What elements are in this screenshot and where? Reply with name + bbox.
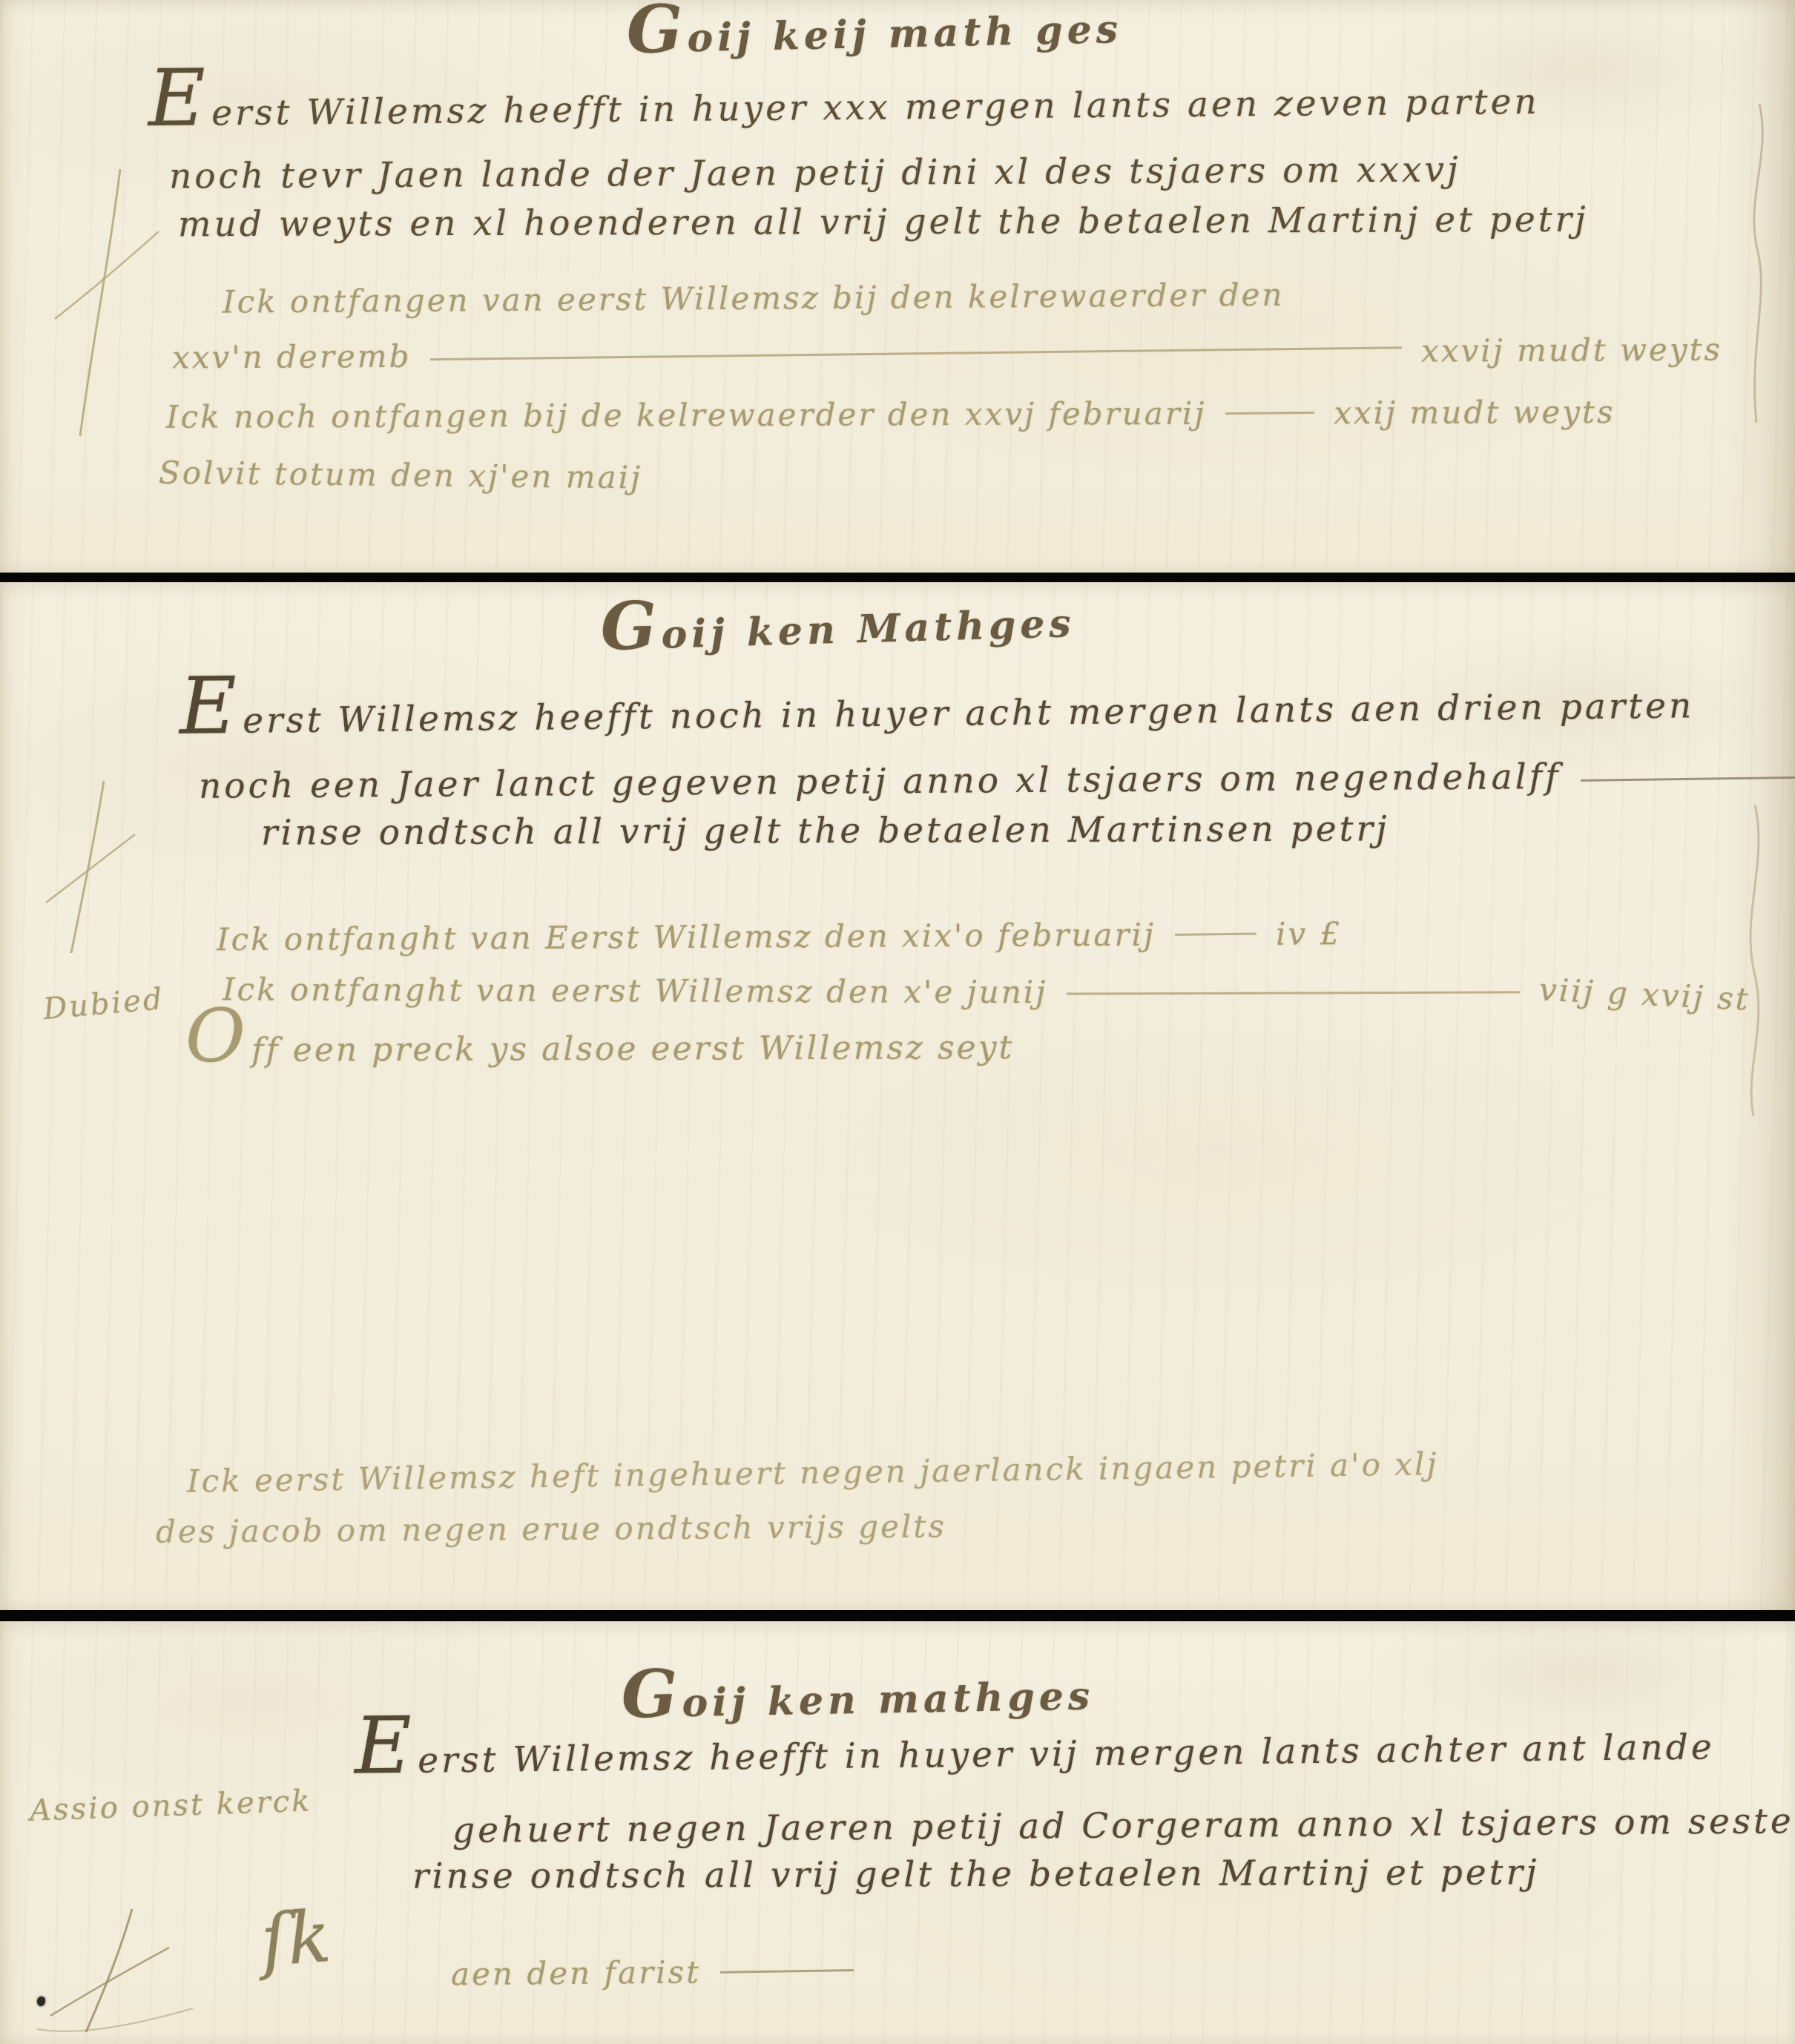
entry-text: Off een preck ys alsoe eerst Willemsz se… — [185, 1029, 1014, 1069]
entry-line: xxv'n deremb xxvij mudt weyts — [172, 332, 1722, 376]
entry-amount: xxvij mudt weyts — [1421, 332, 1722, 369]
panel-3-heading: Goij ken mathges — [622, 1673, 1095, 1727]
footer-line: des jacob om negen erue ondtsch vrijs ge… — [156, 1508, 946, 1549]
paragraph-line: mud weyts en xl hoenderen all vrij gelt … — [178, 200, 1589, 245]
footer-initial-mark: ſk — [258, 1895, 333, 1982]
manuscript-panel-1: Goij keij math ges Eerst Willemsz heefft… — [0, 0, 1795, 573]
entry-text: xxv'n deremb — [172, 338, 412, 376]
ink-rule — [720, 1969, 854, 1974]
paragraph-line: Eerst Willemsz heefft in huyer xxx merge… — [148, 82, 1540, 134]
ink-rule — [430, 346, 1402, 360]
manuscript-panel-3: Goij ken mathges Assio onst kerck Eerst … — [0, 1621, 1795, 2044]
entry-text: Solvit totum den xj'en maij — [159, 455, 643, 496]
margin-note: Dubied — [42, 982, 165, 1026]
ink-rule — [1067, 991, 1520, 995]
page-edge-line — [1739, 104, 1783, 423]
entry-line: Ick ontfangen van eerst Willemsz bij den… — [223, 277, 1202, 320]
paragraph-line: gehuert negen Jaeren petij ad Corgeram a… — [452, 1800, 1795, 1851]
manuscript-panel-2: Goij ken Mathges Eerst Willemsz heefft n… — [0, 582, 1795, 1610]
paragraph-line: rinse ondtsch all vrij gelt the betaelen… — [412, 1852, 1540, 1896]
paragraph-text: noch een Jaer lanct gegeven petij anno x… — [199, 756, 1561, 807]
margin-cross-icon — [39, 777, 157, 962]
ink-rule — [1225, 412, 1314, 415]
margin-note: Assio onst kerck — [29, 1784, 312, 1827]
entry-amount: viij g xvij st — [1538, 971, 1751, 1017]
entry-text: Ick noch ontfangen bij de kelrewaerder d… — [166, 395, 1206, 435]
entry-amount: iv £ — [1276, 915, 1342, 952]
entry-text: Ick ontfanght van Eerst Willemsz den xix… — [217, 917, 1156, 958]
divider-bar — [0, 573, 1795, 582]
footer-line: aen den farist — [451, 1951, 1022, 1993]
entry-text: Ick ontfangen van eerst Willemsz bij den… — [223, 277, 1285, 320]
manuscript-page: Goij keij math ges Eerst Willemsz heefft… — [0, 0, 1795, 2044]
paragraph-line: noch tevr Jaen lande der Jaen petij dini… — [169, 149, 1461, 197]
entry-line: Off een preck ys alsoe eerst Willemsz se… — [185, 1029, 1014, 1069]
ink-rule — [1175, 932, 1256, 935]
entry-line: Ick ontfanght van eerst Willemsz den x'e… — [223, 971, 1750, 1012]
ink-rule — [1580, 776, 1795, 782]
paragraph-line: noch een Jaer lanct gegeven petij anno x… — [199, 754, 1795, 806]
paragraph-line: Eerst Willemsz heefft noch in huyer acht… — [179, 685, 1695, 742]
footer-line: Ick eerst Willemsz heft ingehuert negen … — [187, 1445, 1439, 1500]
entry-line: Solvit totum den xj'en maij — [159, 455, 643, 496]
panel-2-heading: Goij ken Mathges — [600, 601, 1076, 659]
margin-cross-icon — [37, 1905, 200, 2038]
entry-text: aen den farist — [451, 1954, 701, 1992]
entry-line: Ick ontfanght van Eerst Willemsz den xix… — [217, 914, 1689, 957]
page-edge-line — [1733, 805, 1785, 1116]
entry-amount: xxij mudt weyts — [1334, 394, 1615, 431]
paragraph-line: rinse ondtsch all vrij gelt the betaelen… — [261, 808, 1390, 853]
entry-line: Ick noch ontfangen bij de kelrewaerder d… — [166, 393, 1735, 435]
panel-1-heading: Goij keij math ges — [626, 7, 1122, 62]
paragraph-line: Eerst Willemsz heefft in huyer vij merge… — [355, 1727, 1715, 1781]
entry-text: Ick ontfanght van eerst Willemsz den x'e… — [223, 971, 1047, 1010]
divider-bar — [0, 1610, 1795, 1621]
